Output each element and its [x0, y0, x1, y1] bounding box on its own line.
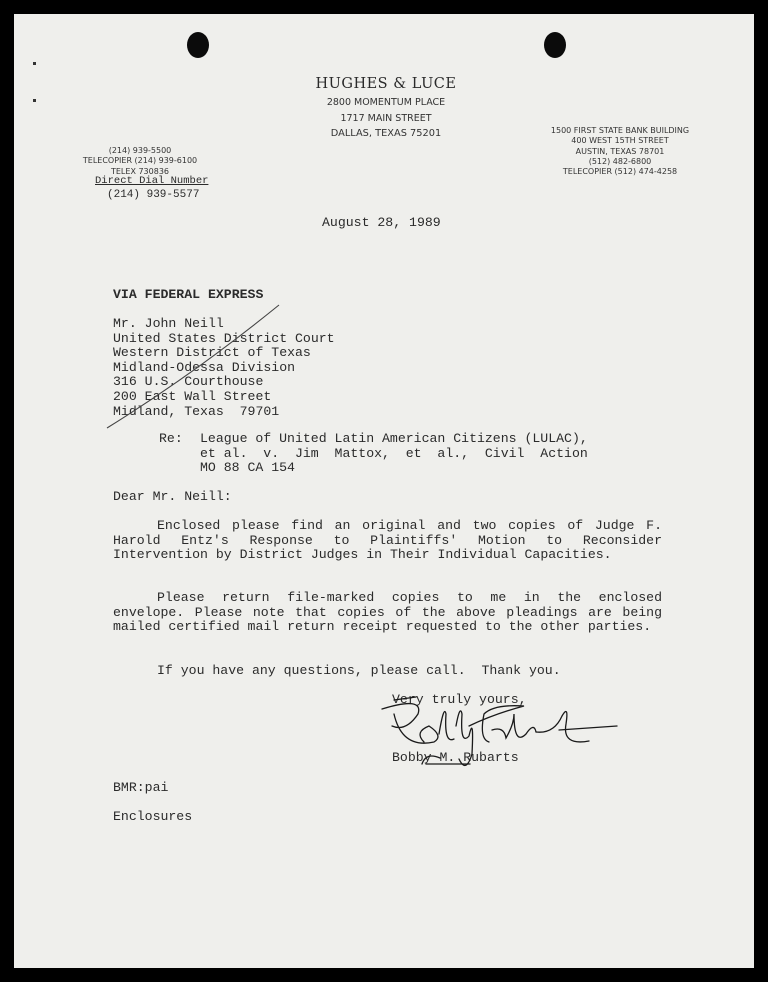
- letter-page: HUGHES & LUCE 2800 MOMENTUM PLACE 1717 M…: [14, 14, 754, 968]
- typist-initials: BMR:pai: [113, 781, 168, 796]
- signature: [14, 14, 754, 968]
- enclosures-note: Enclosures: [113, 810, 192, 825]
